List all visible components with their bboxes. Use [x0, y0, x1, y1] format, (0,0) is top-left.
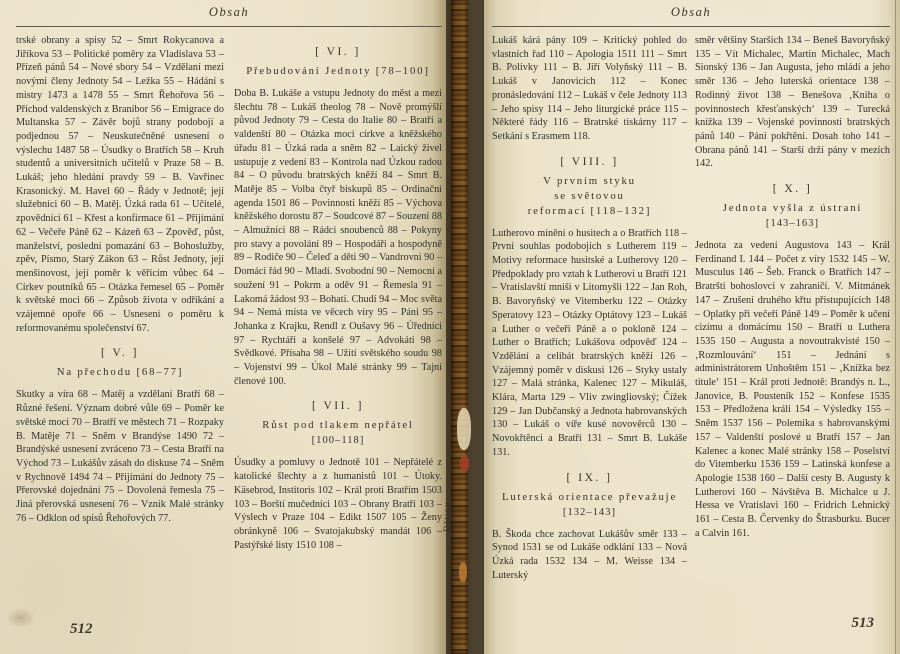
page-number-right: 513 [852, 615, 875, 632]
section-title-line: [143–163] [695, 216, 890, 231]
toc-section-heading: [ VII. ]Růst pod tlakem nepřátel[100–118… [234, 399, 442, 448]
page-number-left: 512 [70, 621, 93, 638]
toc-section-heading: [ X. ]Jednota vyšla z ústraní[143–163] [695, 182, 890, 231]
running-head-left: Obsah [16, 0, 442, 23]
section-number: [ V. ] [16, 346, 224, 361]
section-title-line: [100–118] [234, 433, 442, 448]
section-title-line: Luterská orientace převažuje [492, 490, 687, 505]
section-title-line: reformací [118–132] [492, 204, 687, 219]
section-number: [ IX. ] [492, 471, 687, 486]
section-title-line: Růst pod tlakem nepřátel [234, 418, 442, 433]
gutter-page-edges [451, 0, 468, 654]
toc-section-heading: [ VI. ]Přebudování Jednoty [78–100] [234, 45, 442, 79]
gutter-signature-number: 32 [444, 540, 453, 548]
toc-column: trské obrany a spisy 52 – Smrt Rokycanov… [16, 34, 224, 646]
toc-paragraph: Skutky a víra 68 – Matěj a vzdělaní Brat… [16, 388, 224, 525]
page-left-content: Obsah trské obrany a spisy 52 – Smrt Rok… [0, 0, 446, 646]
toc-paragraph: Jednota za vedení Augustova 143 – Král F… [695, 239, 890, 540]
section-number: [ VIII. ] [492, 155, 687, 170]
section-title-line: Jednota vyšla z ústraní [695, 201, 890, 216]
toc-paragraph: Lukáš kárá pány 109 – Kritický pohled do… [492, 34, 687, 144]
section-title-line: [132–143] [492, 505, 687, 520]
page-left: Obsah trské obrany a spisy 52 – Smrt Rok… [0, 0, 446, 654]
section-title-line: Přebudování Jednoty [78–100] [234, 64, 442, 79]
gutter-red-fleck [460, 455, 469, 471]
gutter-paper-fleck [457, 408, 471, 450]
gutter-signature-text: Dětiny [442, 468, 460, 532]
toc-paragraph: Lutherovo mínění o husitech a o Bratřích… [492, 227, 687, 460]
section-number: [ X. ] [695, 182, 890, 197]
section-title-line: se světovou [492, 189, 687, 204]
section-title-line: Na přechodu [68–77] [16, 365, 224, 380]
section-number: [ VII. ] [234, 399, 442, 414]
section-title-line: V prvním styku [492, 174, 687, 189]
toc-paragraph: směr většiny Starších 134 – Beneš Bavory… [695, 34, 890, 171]
toc-column: směr většiny Starších 134 – Beneš Bavory… [695, 34, 890, 646]
header-rule-right [492, 26, 890, 27]
section-number: [ VI. ] [234, 45, 442, 60]
paper-stain [6, 608, 36, 628]
toc-section-heading: [ V. ]Na přechodu [68–77] [16, 346, 224, 380]
toc-column: Lukáš kárá pány 109 – Kritický pohled do… [492, 34, 687, 646]
left-page-columns: trské obrany a spisy 52 – Smrt Rokycanov… [16, 34, 442, 646]
toc-paragraph: Úsudky a pomluvy o Jednotě 101 – Nepřáte… [234, 456, 442, 552]
toc-column: [ VI. ]Přebudování Jednoty [78–100]Doba … [234, 34, 442, 646]
toc-paragraph: Doba B. Lukáše a vstupu Jednoty do měst … [234, 87, 442, 388]
toc-paragraph: trské obrany a spisy 52 – Smrt Rokycanov… [16, 34, 224, 335]
book-gutter: Dětiny 32 [446, 0, 484, 654]
running-head-right: Obsah [492, 0, 890, 23]
page-right-content: Obsah Lukáš kárá pány 109 – Kritický poh… [484, 0, 900, 646]
right-page-columns: Lukáš kárá pány 109 – Kritický pohled do… [492, 34, 890, 646]
toc-paragraph: B. Škoda chce zachovat Lukášův směr 133 … [492, 528, 687, 583]
header-rule-left [16, 26, 442, 27]
toc-section-heading: [ VIII. ]V prvním stykuse světovoureform… [492, 155, 687, 219]
gutter-orange-fleck [459, 562, 467, 582]
toc-section-heading: [ IX. ]Luterská orientace převažuje[132–… [492, 471, 687, 520]
page-right: Obsah Lukáš kárá pány 109 – Kritický poh… [484, 0, 900, 654]
book-spread: Obsah trské obrany a spisy 52 – Smrt Rok… [0, 0, 900, 654]
